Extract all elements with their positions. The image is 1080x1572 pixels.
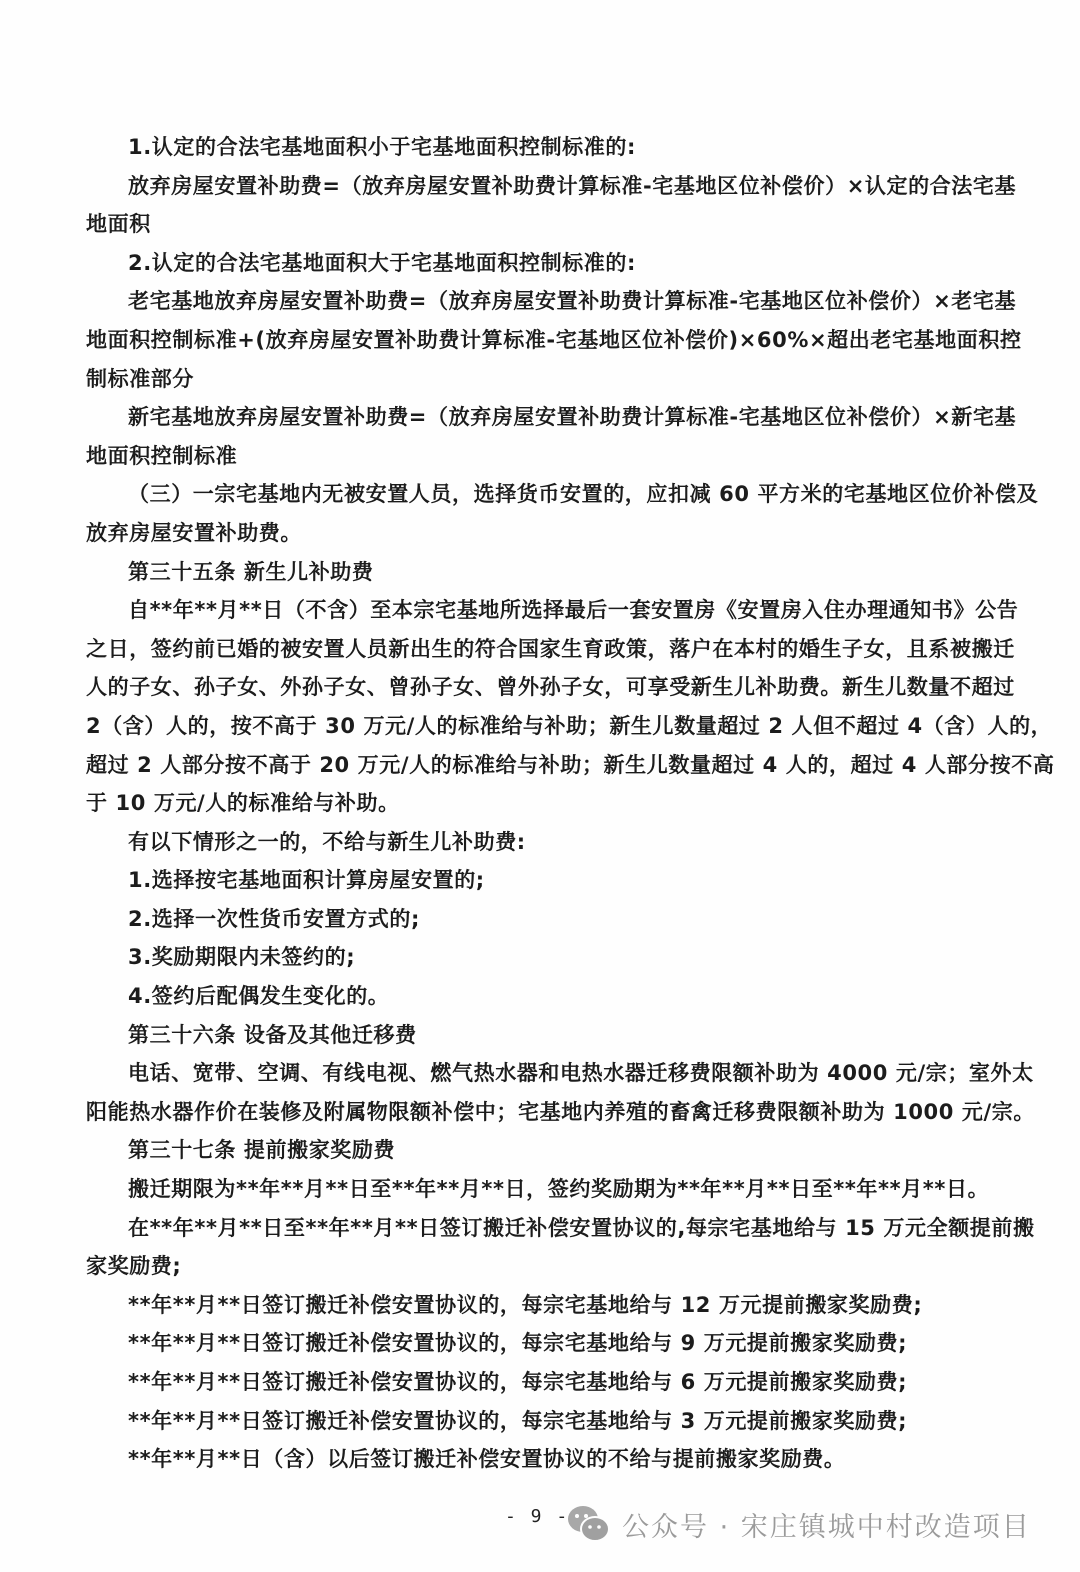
text-line: 超过 2 人部分按不高于 20 万元/人的标准给与补助；新生儿数量超过 4 人的… <box>86 746 972 785</box>
text-line: 地面积 <box>86 205 972 244</box>
text-line: 地面积控制标准+(放弃房屋安置补助费计算标准-宅基地区位补偿价)×60%×超出老… <box>86 321 972 360</box>
page-footer: - 9 - 公众号 · 宋庄镇城中村改造项目 <box>0 1498 1080 1558</box>
text-line: 在**年**月**日至**年**月**日签订搬迁补偿安置协议的,每宗宅基地给与 … <box>86 1209 972 1248</box>
text-line: 放弃房屋安置补助费=（放弃房屋安置补助费计算标准-宅基地区位补偿价）×认定的合法… <box>86 167 972 206</box>
text-line: 4.签约后配偶发生变化的。 <box>86 977 972 1016</box>
text-line: 家奖励费; <box>86 1247 972 1286</box>
text-line: 搬迁期限为**年**月**日至**年**月**日，签约奖励期为**年**月**日… <box>86 1170 972 1209</box>
text-line: 人的子女、孙子女、外孙子女、曾孙子女、曾外孙子女，可享受新生儿补助费。新生儿数量… <box>86 668 972 707</box>
document-body: 1.认定的合法宅基地面积小于宅基地面积控制标准的:放弃房屋安置补助费=（放弃房屋… <box>86 128 972 1479</box>
watermark-text: 公众号 · 宋庄镇城中村改造项目 <box>622 1505 1031 1544</box>
text-line: 放弃房屋安置补助费。 <box>86 514 972 553</box>
text-line: **年**月**日签订搬迁补偿安置协议的，每宗宅基地给与 12 万元提前搬家奖励… <box>86 1286 972 1325</box>
text-line: 制标准部分 <box>86 360 972 399</box>
text-line: 新宅基地放弃房屋安置补助费=（放弃房屋安置补助费计算标准-宅基地区位补偿价）×新… <box>86 398 972 437</box>
text-line: （三）一宗宅基地内无被安置人员，选择货币安置的，应扣减 60 平方米的宅基地区位… <box>86 475 972 514</box>
text-line: 自**年**月**日（不含）至本宗宅基地所选择最后一套安置房《安置房入住办理通知… <box>86 591 972 630</box>
text-line: 第三十五条 新生儿补助费 <box>86 553 972 592</box>
text-line: **年**月**日签订搬迁补偿安置协议的，每宗宅基地给与 6 万元提前搬家奖励费… <box>86 1363 972 1402</box>
text-line: 老宅基地放弃房屋安置补助费=（放弃房屋安置补助费计算标准-宅基地区位补偿价）×老… <box>86 282 972 321</box>
page-number: - 9 - <box>505 1506 569 1527</box>
text-line: 2.选择一次性货币安置方式的; <box>86 900 972 939</box>
wechat-icon <box>566 1504 612 1544</box>
text-line: **年**月**日签订搬迁补偿安置协议的，每宗宅基地给与 3 万元提前搬家奖励费… <box>86 1402 972 1441</box>
text-line: 地面积控制标准 <box>86 437 972 476</box>
text-line: 3.奖励期限内未签约的; <box>86 938 972 977</box>
text-line: 2（含）人的，按不高于 30 万元/人的标准给与补助；新生儿数量超过 2 人但不… <box>86 707 972 746</box>
text-line: **年**月**日（含）以后签订搬迁补偿安置协议的不给与提前搬家奖励费。 <box>86 1440 972 1479</box>
text-line: 阳能热水器作价在装修及附属物限额补偿中；宅基地内养殖的畜禽迁移费限额补助为 10… <box>86 1093 972 1132</box>
text-line: 之日，签约前已婚的被安置人员新出生的符合国家生育政策，落户在本村的婚生子女，且系… <box>86 630 972 669</box>
text-line: 于 10 万元/人的标准给与补助。 <box>86 784 972 823</box>
text-line: 电话、宽带、空调、有线电视、燃气热水器和电热水器迁移费限额补助为 4000 元/… <box>86 1054 972 1093</box>
document-page: 1.认定的合法宅基地面积小于宅基地面积控制标准的:放弃房屋安置补助费=（放弃房屋… <box>0 0 1080 1572</box>
text-line: 第三十七条 提前搬家奖励费 <box>86 1131 972 1170</box>
text-line: 1.选择按宅基地面积计算房屋安置的; <box>86 861 972 900</box>
text-line: **年**月**日签订搬迁补偿安置协议的，每宗宅基地给与 9 万元提前搬家奖励费… <box>86 1324 972 1363</box>
text-line: 2.认定的合法宅基地面积大于宅基地面积控制标准的: <box>86 244 972 283</box>
wechat-watermark: 公众号 · 宋庄镇城中村改造项目 <box>566 1504 1031 1544</box>
text-line: 1.认定的合法宅基地面积小于宅基地面积控制标准的: <box>86 128 972 167</box>
text-line: 有以下情形之一的，不给与新生儿补助费: <box>86 823 972 862</box>
text-line: 第三十六条 设备及其他迁移费 <box>86 1016 972 1055</box>
